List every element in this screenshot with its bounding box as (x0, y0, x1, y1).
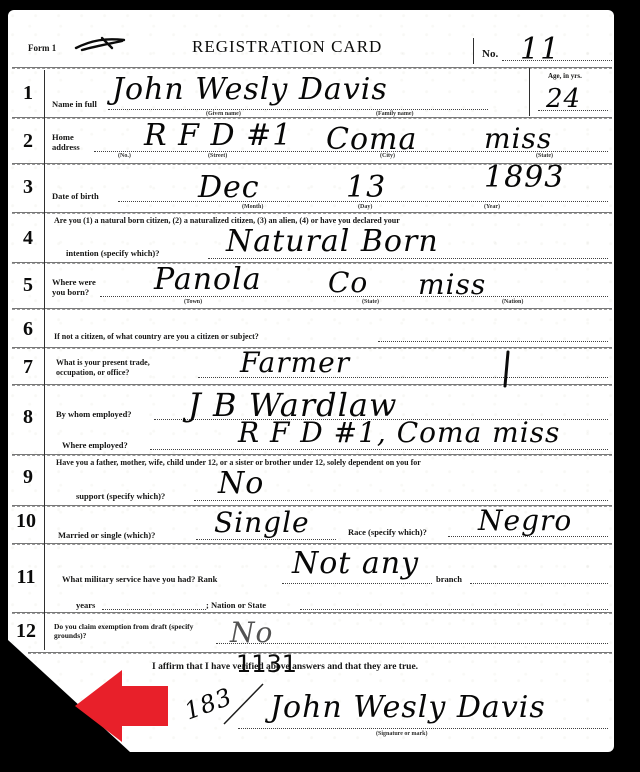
age-column-divider (529, 68, 530, 116)
row-divider (12, 212, 612, 214)
row-divider (12, 612, 612, 614)
military-service-label: What military service have you had? Rank (62, 574, 217, 584)
intention-label: intention (specify which)? (66, 248, 160, 258)
slash-mark (218, 680, 268, 730)
occupation-answer: Farmer (240, 346, 350, 379)
row-divider (12, 67, 612, 69)
number-label: No. (482, 48, 498, 60)
pen-stroke-mark (502, 350, 512, 390)
birth-state-answer: miss (418, 268, 486, 301)
marital-status-answer: Single (214, 506, 310, 539)
row-divider (12, 308, 612, 310)
stamp-number: 1131 (236, 650, 297, 678)
form-scribble-mark (72, 34, 132, 54)
birth-month-answer: Dec (198, 170, 260, 205)
military-rank-answer: Not any (292, 546, 419, 581)
row-number: 7 (14, 356, 42, 379)
birth-day-answer: 13 (346, 170, 386, 205)
race-label: Race (specify which)? (348, 527, 427, 537)
row-number: 3 (14, 176, 42, 199)
row-number: 8 (14, 406, 42, 429)
row-divider (12, 454, 612, 456)
card-number: 11 (520, 32, 560, 67)
branch-label: branch (436, 574, 462, 584)
name-label: Name in full (52, 99, 97, 109)
race-answer: Negro (478, 504, 572, 537)
name-answer: John Wesly Davis (112, 72, 388, 107)
card-title: REGISTRATION CARD (192, 37, 382, 57)
number-divider (473, 38, 474, 64)
exemption-answer: No (230, 616, 273, 649)
employment-place-label: Where employed? (62, 440, 128, 450)
row-number: 6 (14, 318, 42, 341)
row-number: 2 (14, 130, 42, 153)
row-divider (12, 543, 612, 545)
number-column-divider (44, 70, 45, 650)
registration-card: Form 1 REGISTRATION CARD No. 11 1 Name i… (8, 10, 614, 752)
row-number: 4 (14, 227, 42, 250)
row-number: 11 (12, 566, 40, 589)
nation-or-state-label: ; Nation or State (206, 600, 266, 610)
signature-label: (Signature or mark) (376, 731, 427, 737)
red-arrow-left-icon (75, 670, 170, 742)
address-street-answer: R F D #1 (144, 118, 292, 153)
row-number: 10 (12, 510, 40, 533)
row-divider (12, 262, 612, 264)
exemption-label: Do you claim exemption from draft (speci… (54, 622, 204, 640)
dependents-answer: No (218, 466, 264, 501)
employer-label: By whom employed? (56, 409, 132, 419)
birth-town-answer: Panola (154, 262, 262, 297)
form-label: Form 1 (28, 43, 56, 53)
birth-year-answer: 1893 (484, 160, 564, 195)
home-address-label: Home address (52, 132, 92, 152)
birthplace-label: Where were you born? (52, 277, 100, 297)
birth-county-answer: Co (328, 266, 368, 299)
row-divider (12, 117, 612, 119)
row-number: 5 (14, 274, 42, 297)
age-label: Age, in yrs. (548, 72, 582, 80)
citizenship-answer: Natural Born (226, 224, 439, 259)
support-label: support (specify which)? (76, 491, 165, 501)
foreign-citizenship-label: If not a citizen, of what country are yo… (54, 332, 259, 342)
years-label: years (76, 600, 95, 610)
signature: John Wesly Davis (270, 690, 546, 725)
date-of-birth-label: Date of birth (52, 191, 99, 201)
marital-status-label: Married or single (which)? (58, 530, 155, 540)
row-number: 1 (14, 82, 42, 105)
address-city-answer: Coma (326, 122, 417, 157)
occupation-label: What is your present trade, occupation, … (56, 358, 166, 378)
row-number: 12 (12, 620, 40, 643)
employment-place-answer: R F D #1, Coma miss (238, 416, 560, 449)
row-number: 9 (14, 466, 42, 489)
row-divider (28, 652, 612, 654)
address-state-answer: miss (484, 122, 552, 155)
